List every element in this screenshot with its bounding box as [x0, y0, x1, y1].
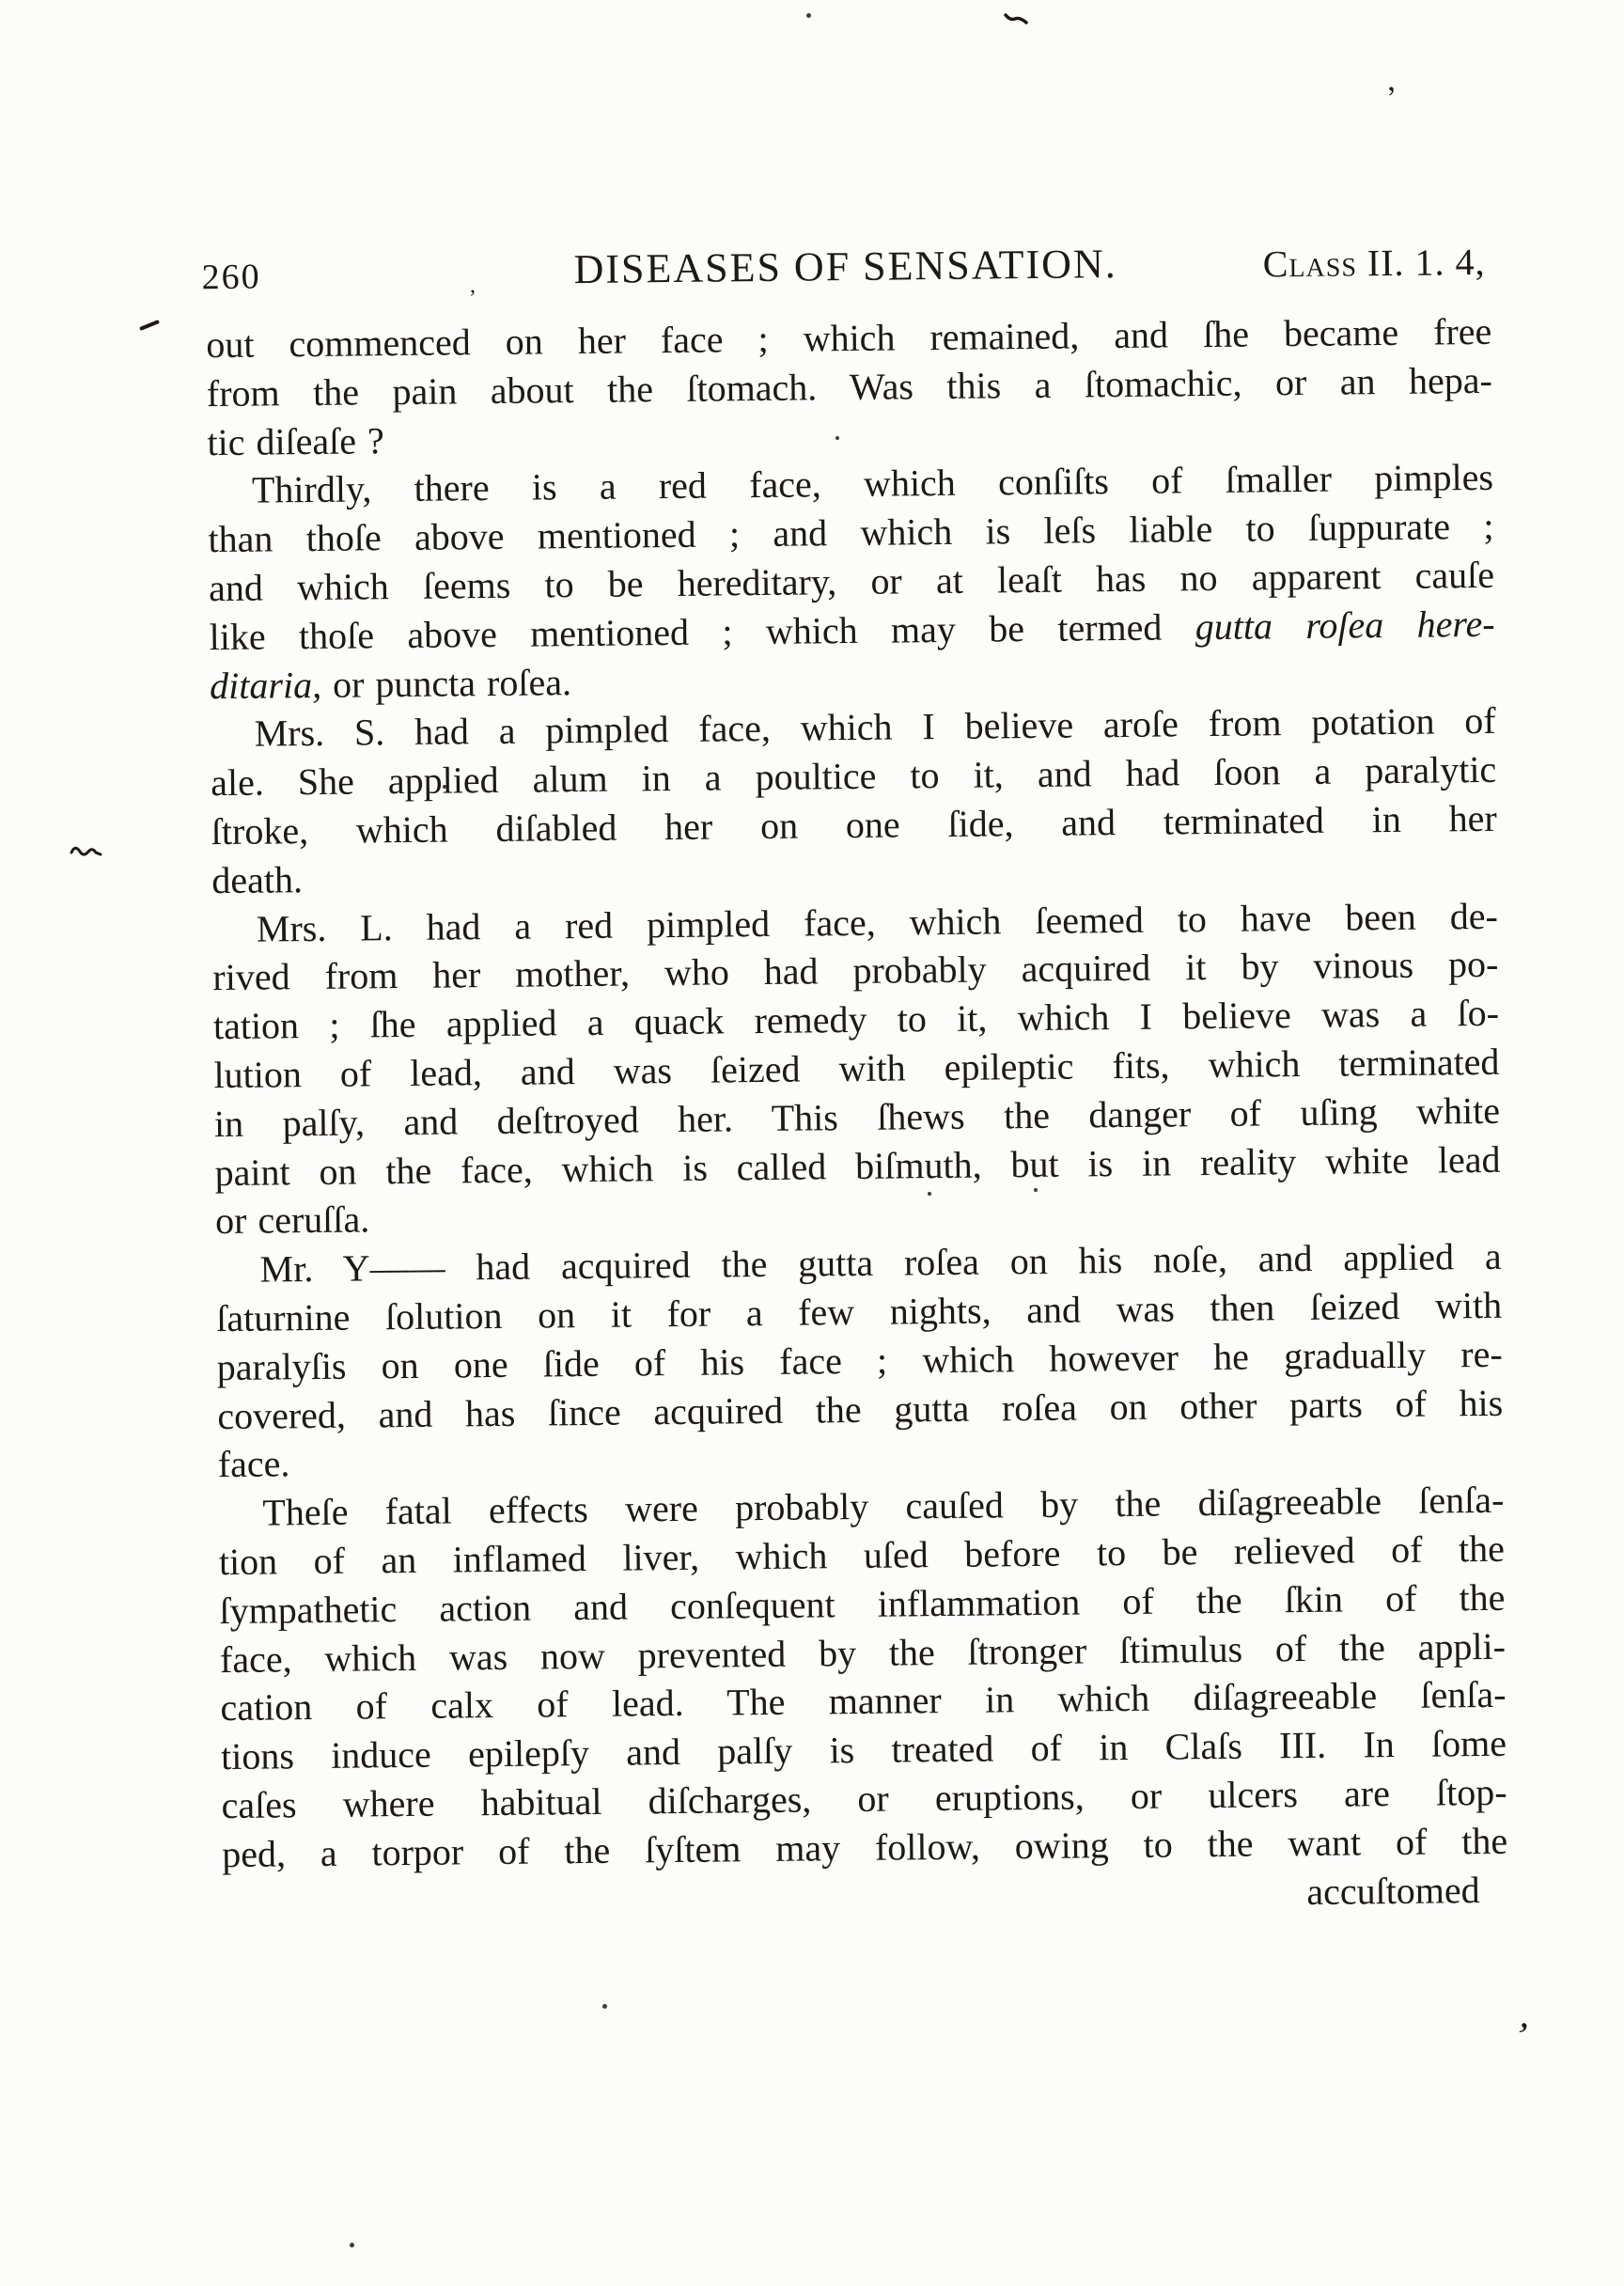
running-title: DISEASES OF SENSATION.: [573, 240, 1117, 293]
text-segment: or puncta roſea.: [321, 661, 571, 706]
ink-dash: [139, 320, 160, 331]
ink-comma: ’: [1511, 2016, 1532, 2058]
running-header: 260 DISEASES OF SENSATION. Class II. 1. …: [205, 236, 1491, 321]
page-content: 260 DISEASES OF SENSATION. Class II. 1. …: [205, 236, 1508, 1928]
italic-term: ditaria,: [210, 663, 321, 706]
ink-speck: [602, 2004, 607, 2009]
page-text: out commenced on her face ; which remain…: [206, 307, 1507, 1879]
text-segment: like thoſe above mentioned ; which may b…: [209, 605, 1195, 658]
section-heading: Class II. 1. 4,: [1262, 240, 1485, 286]
ink-squiggle: [70, 842, 103, 857]
scanned-book-page: 260 DISEASES OF SENSATION. Class II. 1. …: [0, 0, 1624, 2286]
ink-squiggle: [1004, 11, 1028, 24]
ink-tick: ’: [1385, 82, 1400, 115]
page-number: 260: [201, 257, 260, 299]
italic-term: gutta roſea here-: [1195, 603, 1494, 648]
ink-speck: [806, 13, 811, 18]
ink-speck: [350, 2243, 354, 2247]
